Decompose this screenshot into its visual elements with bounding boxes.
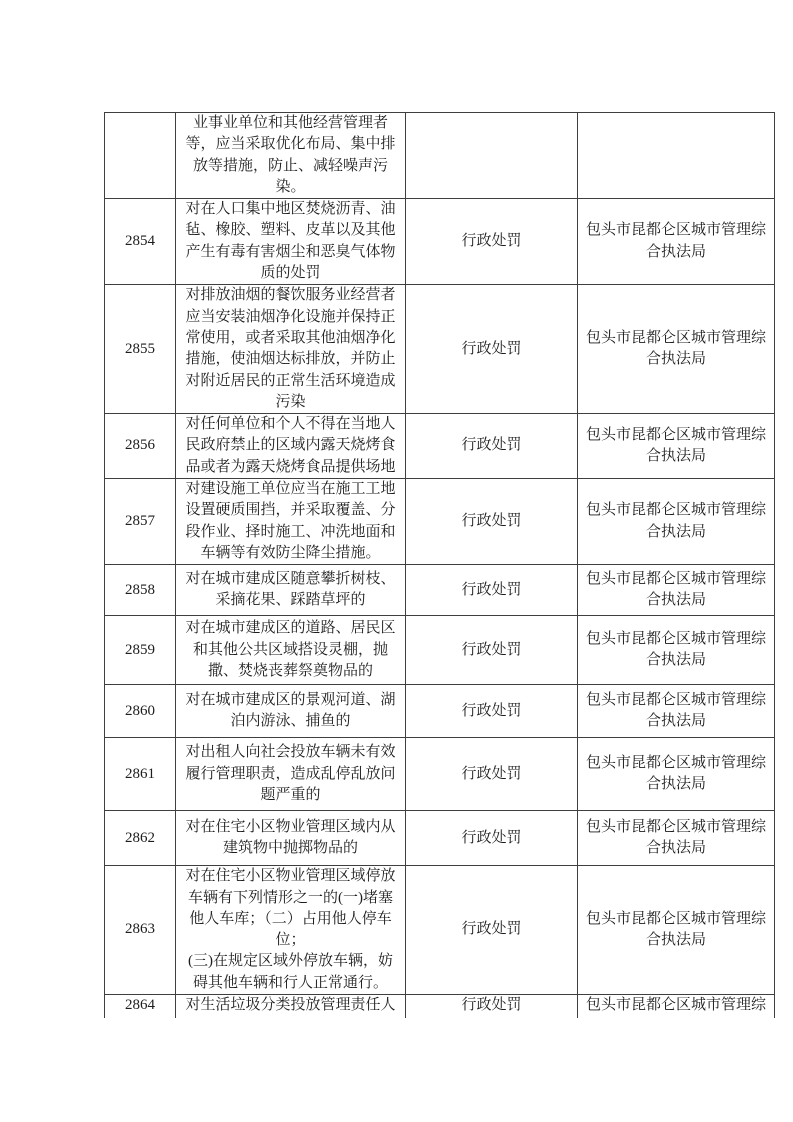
description-cell: 对在住宅小区物业管理区域停放 车辆有下列情形之一的(一)堵塞 他人车库；（二）占… [176, 866, 406, 995]
penalty-type-cell: 行政处罚 [406, 738, 578, 811]
department-cell: 包头市昆都仑区城市管理综 合执法局 [578, 285, 775, 414]
description-cell: 业事业单位和其他经营管理者 等，应当采取优化布局、集中排 放等措施，防止、减轻噪… [176, 113, 406, 199]
table-row: 业事业单位和其他经营管理者 等，应当采取优化布局、集中排 放等措施，防止、减轻噪… [105, 113, 775, 199]
penalty-type-cell: 行政处罚 [406, 285, 578, 414]
department-cell: 包头市昆都仑区城市管理综 [578, 995, 775, 1018]
table-row: 2858 对在城市建成区随意攀折树枝、 采摘花果、踩踏草坪的 行政处罚 包头市昆… [105, 565, 775, 616]
row-id-cell: 2856 [105, 414, 176, 479]
table-row: 2860 对在城市建成区的景观河道、湖 泊内游泳、捕鱼的 行政处罚 包头市昆都仑… [105, 685, 775, 738]
description-cell: 对出租人向社会投放车辆未有效 履行管理职责，造成乱停乱放问 题严重的 [176, 738, 406, 811]
department-cell: 包头市昆都仑区城市管理综 合执法局 [578, 479, 775, 565]
department-cell [578, 113, 775, 199]
department-cell: 包头市昆都仑区城市管理综 合执法局 [578, 414, 775, 479]
row-id-cell: 2857 [105, 479, 176, 565]
penalty-table: 业事业单位和其他经营管理者 等，应当采取优化布局、集中排 放等措施，防止、减轻噪… [104, 112, 775, 1018]
description-cell: 对建设施工单位应当在施工工地 设置硬质围挡，并采取覆盖、分 段作业、择时施工、冲… [176, 479, 406, 565]
description-cell: 对在城市建成区随意攀折树枝、 采摘花果、踩踏草坪的 [176, 565, 406, 616]
department-cell: 包头市昆都仑区城市管理综 合执法局 [578, 811, 775, 866]
penalty-type-cell [406, 113, 578, 199]
description-cell: 对在人口集中地区焚烧沥青、油 毡、橡胶、塑料、皮革以及其他 产生有毒有害烟尘和恶… [176, 199, 406, 285]
penalty-type-cell: 行政处罚 [406, 866, 578, 995]
department-cell: 包头市昆都仑区城市管理综 合执法局 [578, 565, 775, 616]
penalty-type-cell: 行政处罚 [406, 414, 578, 479]
row-id-cell: 2854 [105, 199, 176, 285]
table-row-clipped: 2864 对生活垃圾分类投放管理责任人 行政处罚 包头市昆都仑区城市管理综 [105, 995, 775, 1018]
table-row: 2862 对在住宅小区物业管理区域内从 建筑物中抛掷物品的 行政处罚 包头市昆都… [105, 811, 775, 866]
table-row: 2854 对在人口集中地区焚烧沥青、油 毡、橡胶、塑料、皮革以及其他 产生有毒有… [105, 199, 775, 285]
row-id-cell: 2862 [105, 811, 176, 866]
department-cell: 包头市昆都仑区城市管理综 合执法局 [578, 616, 775, 685]
table-row: 2859 对在城市建成区的道路、居民区 和其他公共区域搭设灵棚，抛 撒、焚烧丧葬… [105, 616, 775, 685]
row-id-cell: 2855 [105, 285, 176, 414]
department-cell: 包头市昆都仑区城市管理综 合执法局 [578, 866, 775, 995]
row-id-cell: 2864 [105, 995, 176, 1018]
penalty-type-cell: 行政处罚 [406, 616, 578, 685]
table-row: 2855 对排放油烟的餐饮服务业经营者 应当安装油烟净化设施并保持正 常使用，或… [105, 285, 775, 414]
table-row: 2861 对出租人向社会投放车辆未有效 履行管理职责，造成乱停乱放问 题严重的 … [105, 738, 775, 811]
description-cell: 对排放油烟的餐饮服务业经营者 应当安装油烟净化设施并保持正 常使用，或者采取其他… [176, 285, 406, 414]
penalty-type-cell: 行政处罚 [406, 685, 578, 738]
penalty-type-cell: 行政处罚 [406, 565, 578, 616]
table-row: 2857 对建设施工单位应当在施工工地 设置硬质围挡，并采取覆盖、分 段作业、择… [105, 479, 775, 565]
penalty-type-cell: 行政处罚 [406, 479, 578, 565]
table-row: 2863 对在住宅小区物业管理区域停放 车辆有下列情形之一的(一)堵塞 他人车库… [105, 866, 775, 995]
department-cell: 包头市昆都仑区城市管理综 合执法局 [578, 199, 775, 285]
row-id-cell [105, 113, 176, 199]
row-id-cell: 2858 [105, 565, 176, 616]
row-id-cell: 2859 [105, 616, 176, 685]
table-row: 2856 对任何单位和个人不得在当地人 民政府禁止的区域内露天烧烤食 品或者为露… [105, 414, 775, 479]
penalty-type-cell: 行政处罚 [406, 995, 578, 1018]
penalty-type-cell: 行政处罚 [406, 199, 578, 285]
description-cell: 对在住宅小区物业管理区域内从 建筑物中抛掷物品的 [176, 811, 406, 866]
department-cell: 包头市昆都仑区城市管理综 合执法局 [578, 738, 775, 811]
document-page: 业事业单位和其他经营管理者 等，应当采取优化布局、集中排 放等措施，防止、减轻噪… [0, 0, 793, 1122]
description-cell: 对在城市建成区的道路、居民区 和其他公共区域搭设灵棚，抛 撒、焚烧丧葬祭奠物品的 [176, 616, 406, 685]
row-id-cell: 2863 [105, 866, 176, 995]
description-cell: 对在城市建成区的景观河道、湖 泊内游泳、捕鱼的 [176, 685, 406, 738]
row-id-cell: 2861 [105, 738, 176, 811]
department-cell: 包头市昆都仑区城市管理综 合执法局 [578, 685, 775, 738]
description-cell: 对任何单位和个人不得在当地人 民政府禁止的区域内露天烧烤食 品或者为露天烧烤食品… [176, 414, 406, 479]
description-cell: 对生活垃圾分类投放管理责任人 [176, 995, 406, 1018]
penalty-type-cell: 行政处罚 [406, 811, 578, 866]
row-id-cell: 2860 [105, 685, 176, 738]
